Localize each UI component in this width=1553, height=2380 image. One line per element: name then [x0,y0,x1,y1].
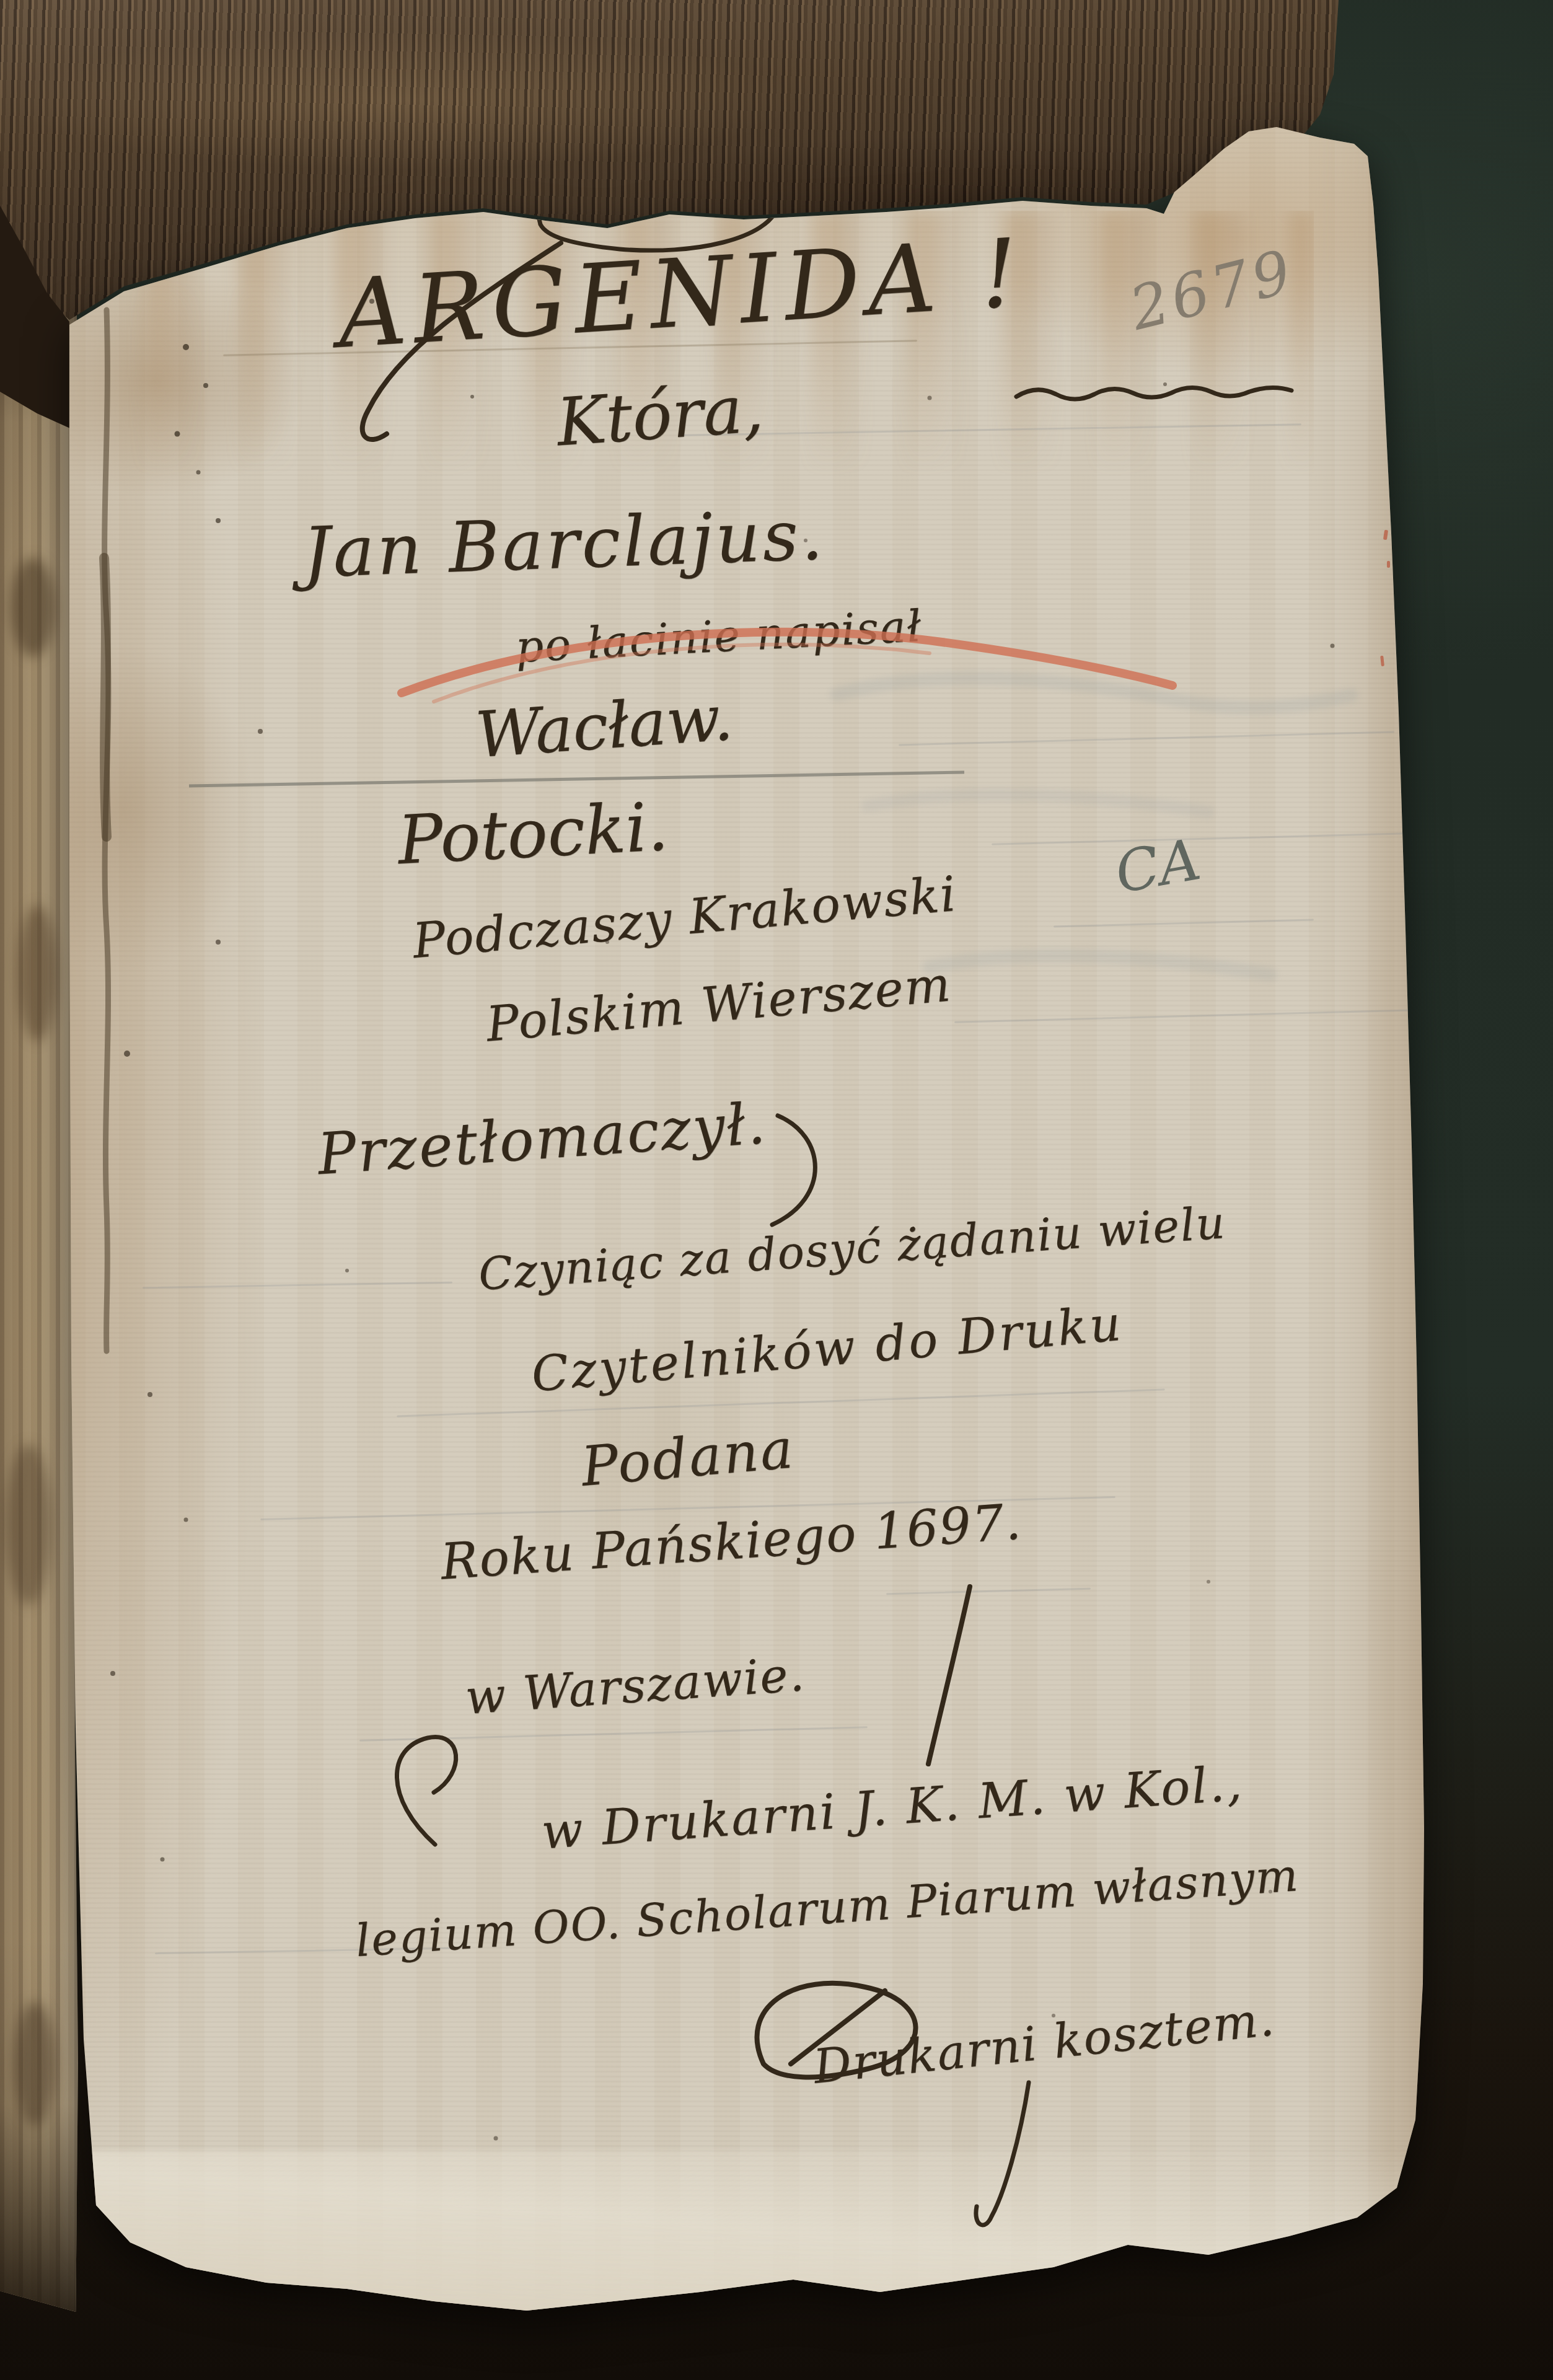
bleedthrough-stroke [837,679,1351,708]
bleedthrough-stroke [930,956,1270,974]
pencil-underline-waclaw [189,772,964,786]
year-descender-stroke [928,1587,970,1764]
quill-squiggle-icon [539,149,780,250]
ink-specks [110,299,1335,2141]
kosztem-descender [976,2082,1029,2225]
paper-surface: ARGENIDA ! 2679 Która, Jan Barclajus. po… [0,0,1553,2380]
ink-flourishes-layer [0,0,1553,2380]
quill-squiggle-ticks [620,177,723,211]
photograph-of-manuscript: ARGENIDA ! 2679 Która, Jan Barclajus. po… [0,0,1553,2380]
bleedthrough-stroke [868,795,1208,812]
drukarni-ascender-flourish [397,1737,455,1844]
gutter-crease-dark [104,558,107,837]
manuscript-page: ARGENIDA ! 2679 Która, Jan Barclajus. po… [0,0,1553,2380]
przetlomaczyl-swash [772,1116,815,1225]
quill-squiggle-tail [778,170,968,188]
red-edge-marks [6,530,1390,1020]
kosztem-d-loop [757,1983,916,2078]
title-wavy-dash [1016,387,1291,399]
title-left-swash [363,243,561,439]
